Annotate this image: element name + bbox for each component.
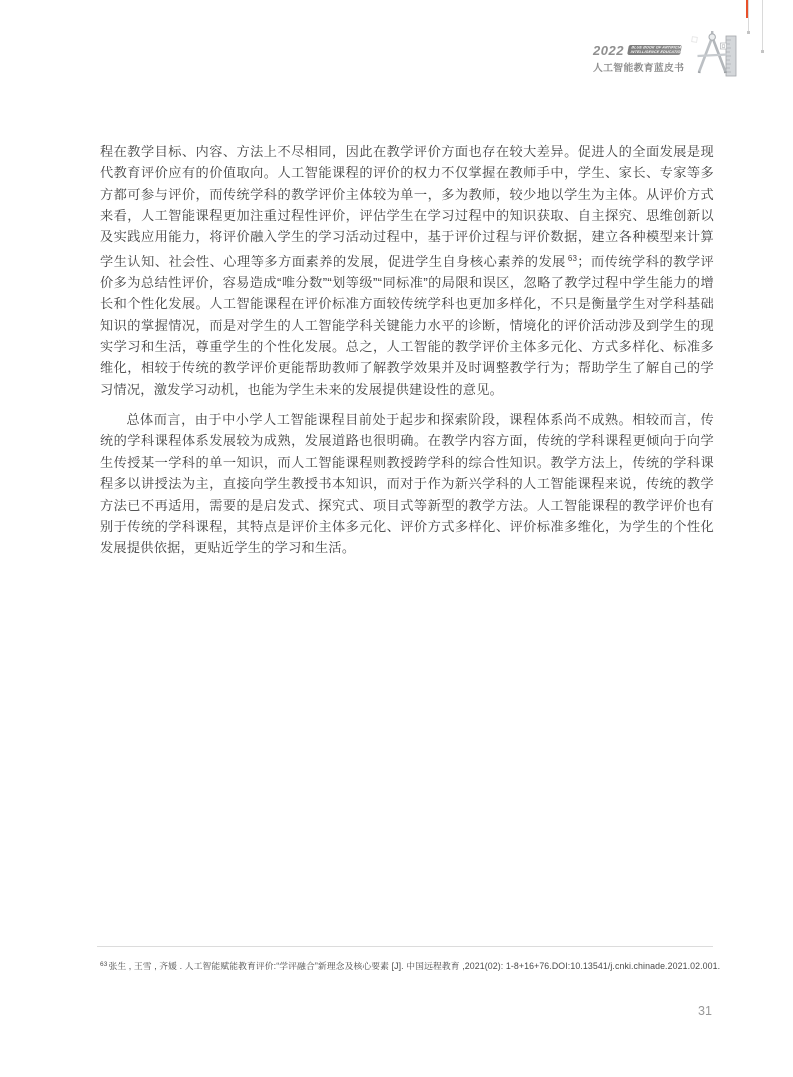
header-brand: 2022 BLUE BOOK OF ARTIFICIAL INTELLIGENC… [593,44,684,74]
ai-logo-svg [688,30,742,78]
footnote-sup: 63 [100,961,107,968]
ai-compass-ruler-logo-icon [688,30,742,78]
brand-year-row: 2022 BLUE BOOK OF ARTIFICIAL INTELLIGENC… [593,44,684,56]
badge-line1: BLUE BOOK OF ARTIFICIAL [631,46,682,50]
hanging-line-decoration [748,0,749,32]
paragraph-2: 总体而言，由于中小学人工智能课程目前处于起步和探索阶段，课程体系尚不成熟。相较而… [100,409,714,558]
footnote: 63张生 , 王雪 , 齐媛 . 人工智能赋能教育评价:“学评融合”新理念及核心… [100,959,750,972]
body-text: 程在教学目标、内容、方法上不尽相同，因此在教学评价方面也存在较大差异。促进人的全… [100,141,714,559]
hanging-line-dot [747,31,750,34]
footnote-text: 张生 , 王雪 , 齐媛 . 人工智能赋能教育评价:“学评融合”新理念及核心要素… [108,961,720,971]
footnote-marker-63: 63 [568,254,577,263]
paragraph-1-text: 程在教学目标、内容、方法上不尽相同，因此在教学评价方面也存在较大差异。促进人的全… [100,144,714,269]
footnote-divider [97,946,713,947]
badge-line2: INTELLIGENCE EDUCATION [630,50,682,54]
paragraph-1: 程在教学目标、内容、方法上不尽相同，因此在教学评价方面也存在较大差异。促进人的全… [100,141,714,400]
page-number: 31 [690,1004,720,1018]
document-page: 2022 BLUE BOOK OF ARTIFICIAL INTELLIGENC… [0,0,793,1077]
brand-year: 2022 [593,44,624,57]
hanging-line-decoration [762,0,763,51]
brand-badge-text: BLUE BOOK OF ARTIFICIAL INTELLIGENCE EDU… [630,46,682,54]
paragraph-1-continuation: ；而传统学科的教学评价多为总结性评价，容易造成“唯分数”“划等级”“同标准”的局… [100,254,714,397]
hanging-line-dot [761,50,764,53]
brand-badge: BLUE BOOK OF ARTIFICIAL INTELLIGENCE EDU… [627,45,682,55]
brand-title: 人工智能教育蓝皮书 [593,60,684,74]
